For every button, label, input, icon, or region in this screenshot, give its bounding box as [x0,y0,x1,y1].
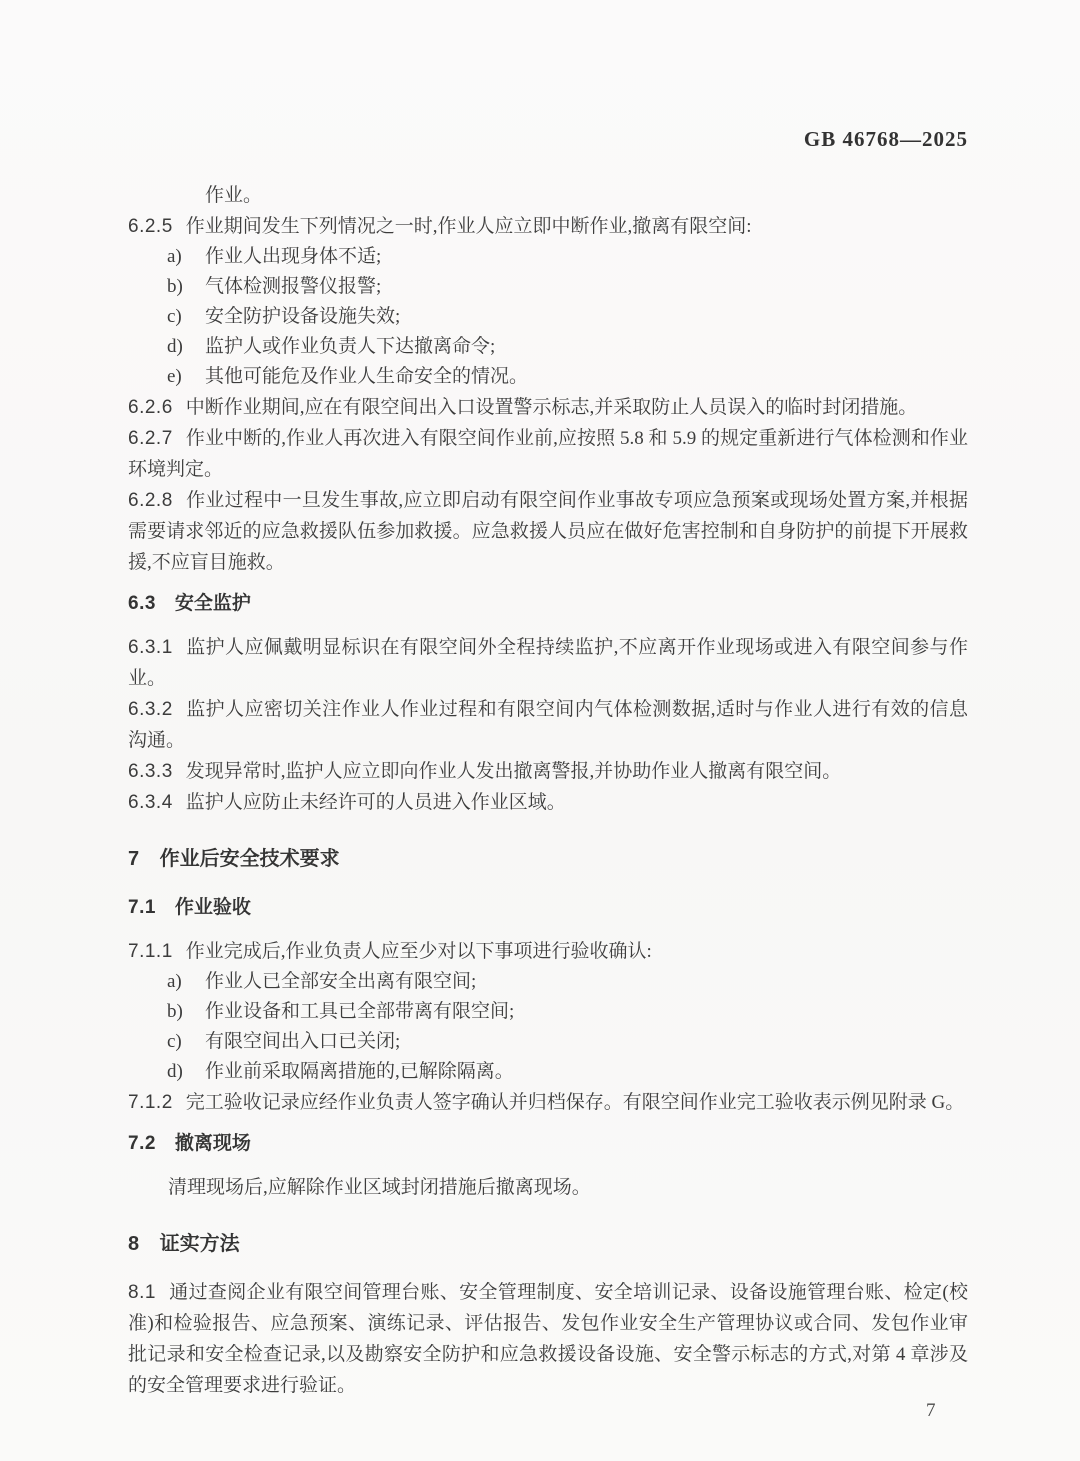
body-text: 监护人应佩戴明显标识在有限空间外全程持续监护,不应离开作业现场或进入有限空间参与… [128,637,968,689]
clause-number: 7.1 [128,897,156,918]
clause-number: 7.1.2 [128,1092,173,1113]
body-text: 作业中断的,作业人再次进入有限空间作业前,应按照 5.8 和 5.9 的规定重新… [128,428,968,480]
body-text: 通过查阅企业有限空间管理台账、安全管理制度、安全培训记录、设备设施管理台账、检定… [128,1282,968,1396]
list-item-a: a)作业人出现身体不适; [128,242,968,272]
heading-text: 撤离现场 [175,1133,251,1154]
body-text: 发现异常时,监护人应立即向作业人发出撤离警报,并协助作业人撤离有限空间。 [186,761,842,782]
body-text: 中断作业期间,应在有限空间出入口设置警示标志,并采取防止人员误入的临时封闭措施。 [186,397,918,418]
body-text: 作业完成后,作业负责人应至少对以下事项进行验收确认: [186,941,652,962]
list-marker: a) [167,242,205,272]
heading-text: 作业验收 [175,897,251,918]
block-7.1: 7.1作业验收 [128,892,968,924]
clause-number: 7.1.1 [128,941,173,962]
clause-number: 6.3.4 [128,792,173,813]
standard-number: GB 46768—2025 [804,127,968,151]
body-text: 完工验收记录应经作业负责人签字确认并归档保存。有限空间作业完工验收表示例见附录 … [186,1092,964,1113]
list-marker: b) [167,997,205,1027]
body-text: 其他可能危及作业人生命安全的情况。 [205,362,968,392]
body-text: 气体检测报警仪报警; [205,272,968,302]
clause-number: 6.3.3 [128,761,173,782]
block-7.1.2: 7.1.2完工验收记录应经作业负责人签字确认并归档保存。有限空间作业完工验收表示… [128,1087,968,1118]
body-text: 监护人应防止未经许可的人员进入作业区域。 [186,792,566,813]
block-6.2.5: 6.2.5作业期间发生下列情况之一时,作业人应立即中断作业,撤离有限空间: [128,211,968,242]
block-6.2.7: 6.2.7作业中断的,作业人再次进入有限空间作业前,应按照 5.8 和 5.9 … [128,423,968,485]
clause-number: 6.3.2 [128,699,173,720]
body-text: 作业过程中一旦发生事故,应立即启动有限空间作业事故专项应急预案或现场处置方案,并… [128,490,968,573]
block-6.3.2: 6.3.2监护人应密切关注作业人作业过程和有限空间内气体检测数据,适时与作业人进… [128,694,968,756]
block-7.2: 7.2撤离现场 [128,1128,968,1160]
list-marker: c) [167,302,205,332]
body-text: 作业。 [205,185,262,206]
list-marker: a) [167,967,205,997]
block-8.1: 8.1通过查阅企业有限空间管理台账、安全管理制度、安全培训记录、设备设施管理台账… [128,1277,968,1401]
block-6.3.4: 6.3.4监护人应防止未经许可的人员进入作业区域。 [128,787,968,818]
block-6.3.1: 6.3.1监护人应佩戴明显标识在有限空间外全程持续监护,不应离开作业现场或进入有… [128,632,968,694]
body-text: 监护人应密切关注作业人作业过程和有限空间内气体检测数据,适时与作业人进行有效的信… [128,699,968,751]
page-header: GB 46768—2025 [128,0,968,156]
doc-body: 作业。6.2.5作业期间发生下列情况之一时,作业人应立即中断作业,撤离有限空间:… [128,180,968,1401]
list-marker: b) [167,272,205,302]
body-text: 安全防护设备设施失效; [205,302,968,332]
list-item-c: c)安全防护设备设施失效; [128,302,968,332]
page-number: 7 [926,1400,936,1422]
document-page: GB 46768—2025 作业。6.2.5作业期间发生下列情况之一时,作业人应… [0,0,1080,1461]
list-marker: e) [167,362,205,392]
clause-number: 8 [128,1233,140,1255]
list-item-d: d)监护人或作业负责人下达撤离命令; [128,332,968,362]
clause-number: 7 [128,848,140,870]
body-text: 作业设备和工具已全部带离有限空间; [205,997,968,1027]
clause-number: 6.2.6 [128,397,173,418]
body-text: 清理现场后,应解除作业区域封闭措施后撤离现场。 [168,1177,591,1198]
body-text: 有限空间出入口已关闭; [205,1027,968,1057]
block-7.1.1: 7.1.1作业完成后,作业负责人应至少对以下事项进行验收确认: [128,936,968,967]
block-8: 8证实方法 [128,1227,968,1261]
list-item-c: c)有限空间出入口已关闭; [128,1027,968,1057]
list-item-b: b)气体检测报警仪报警; [128,272,968,302]
body-text: 作业人出现身体不适; [205,242,968,272]
heading-text: 安全监护 [175,593,251,614]
clause-number: 6.2.5 [128,216,173,237]
clause-number: 6.2.8 [128,490,173,511]
body-text: 作业前采取隔离措施的,已解除隔离。 [205,1057,968,1087]
block-7: 7作业后安全技术要求 [128,842,968,876]
list-marker: d) [167,332,205,362]
block-6.2.8: 6.2.8作业过程中一旦发生事故,应立即启动有限空间作业事故专项应急预案或现场处… [128,485,968,578]
list-item-a: a)作业人已全部安全出离有限空间; [128,967,968,997]
list-marker: c) [167,1027,205,1057]
clause-number: 6.2.7 [128,428,173,449]
body-text: 作业人已全部安全出离有限空间; [205,967,968,997]
clause-number: 6.3 [128,593,156,614]
clause-number: 7.2 [128,1133,156,1154]
heading-text: 证实方法 [160,1233,240,1255]
list-item-d: d)作业前采取隔离措施的,已解除隔离。 [128,1057,968,1087]
list-item-b: b)作业设备和工具已全部带离有限空间; [128,997,968,1027]
clause-number: 6.3.1 [128,637,173,658]
clause-number: 8.1 [128,1282,156,1303]
body-text: 作业期间发生下列情况之一时,作业人应立即中断作业,撤离有限空间: [186,216,752,237]
block-6.3: 6.3安全监护 [128,588,968,620]
list-marker: d) [167,1057,205,1087]
block-indent: 清理现场后,应解除作业区域封闭措施后撤离现场。 [128,1172,968,1203]
list-item-e: e)其他可能危及作业人生命安全的情况。 [128,362,968,392]
body-text: 监护人或作业负责人下达撤离命令; [205,332,968,362]
block-continuation: 作业。 [128,180,968,211]
heading-text: 作业后安全技术要求 [160,848,340,870]
block-6.2.6: 6.2.6中断作业期间,应在有限空间出入口设置警示标志,并采取防止人员误入的临时… [128,392,968,423]
block-6.3.3: 6.3.3发现异常时,监护人应立即向作业人发出撤离警报,并协助作业人撤离有限空间… [128,756,968,787]
